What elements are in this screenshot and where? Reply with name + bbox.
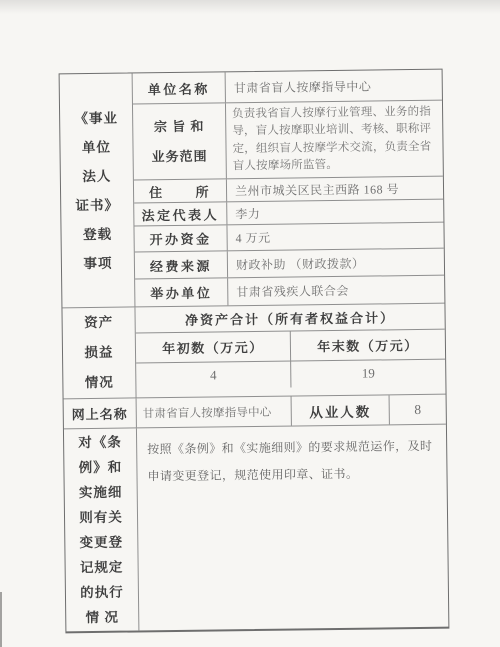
registration-form-table: 《事业 单位 法人 证书》 登载 事项 单位名称 甘肃省盲人按摩指导中心 宗 旨… — [59, 69, 450, 634]
side-label-line: 证书》 — [75, 190, 119, 220]
legal-representative-value: 李力 — [227, 200, 443, 225]
legal-representative-label: 法定代表人 — [134, 202, 227, 225]
side-label-line: 则有关 — [79, 505, 123, 531]
mission-value: 负责我省盲人按摩行业管理、业务的指导，盲人按摩职业培训、考核、职称评定，组织盲人… — [226, 101, 443, 179]
online-name-row: 网上名称 甘肃省盲人按摩指导中心 从业人数 8 — [64, 395, 446, 430]
funding-source-label: 经费来源 — [135, 251, 228, 278]
organizer-value: 甘肃省残疾人联合会 — [228, 276, 444, 306]
compliance-content: 按照《条例》和《实施细则》的要求规范运作，及时申请变更登记，规范使用印章、证书。 — [137, 425, 448, 631]
year-start-value: 4 — [136, 362, 291, 390]
year-end-header: 年末数（万元） — [291, 330, 445, 361]
net-asset-header: 净资产合计（所有者权益合计） — [135, 304, 444, 333]
side-label-line: 法人 — [82, 161, 111, 190]
scan-shade-artifact — [0, 0, 500, 14]
startup-capital-row: 开办资金 4 万元 — [134, 223, 443, 253]
side-label-line: 登载 — [83, 219, 112, 248]
mission-label: 宗 旨 和 业务范围 — [133, 103, 227, 179]
side-label-line: 实施细 — [79, 480, 123, 506]
side-label-line: 情 况 — [85, 605, 119, 630]
year-end-value: 19 — [291, 360, 445, 388]
staff-count-value: 8 — [390, 395, 446, 425]
staff-count-label: 从业人数 — [292, 395, 390, 425]
side-label-line: 资产 — [84, 308, 113, 338]
compliance-section: 对《条 例》和 实施细 则有关 变更登 记规定 的执行 情 况 按照《条例》和《… — [64, 425, 448, 632]
mission-label-line2: 业务范围 — [151, 141, 207, 172]
year-values-row: 4 19 — [136, 360, 445, 390]
certificate-side-label: 《事业 单位 法人 证书》 登载 事项 — [60, 73, 136, 307]
unit-name-value: 甘肃省盲人按摩指导中心 — [226, 70, 442, 103]
asset-side-label: 资产 损益 情况 — [62, 307, 136, 398]
funding-source-row: 经费来源 财政补助 （财政拨款） — [135, 249, 444, 280]
online-name-value: 甘肃省盲人按摩指导中心 — [137, 397, 292, 428]
startup-capital-label: 开办资金 — [134, 225, 227, 251]
organizer-label: 举办单位 — [135, 278, 228, 306]
side-label-line: 变更登 — [79, 530, 123, 556]
side-label-line: 事项 — [83, 248, 112, 277]
net-asset-header-row: 净资产合计（所有者权益合计） — [135, 304, 444, 334]
unit-name-label: 单位名称 — [133, 72, 226, 103]
side-label-line: 损益 — [84, 338, 113, 368]
year-start-header: 年初数（万元） — [136, 332, 291, 363]
startup-capital-value: 4 万元 — [227, 223, 443, 251]
side-label-line: 对《条 — [78, 430, 122, 456]
side-label-line: 情况 — [85, 368, 114, 398]
side-label-line: 的执行 — [80, 580, 124, 606]
side-label-line: 《事业 — [74, 103, 118, 133]
funding-source-value: 财政补助 （财政拨款） — [228, 249, 444, 278]
side-label-line: 例》和 — [79, 455, 123, 481]
asset-section: 资产 损益 情况 净资产合计（所有者权益合计） 年初数（万元） 年末数（万元） … — [62, 304, 445, 400]
certificate-items-section: 《事业 单位 法人 证书》 登载 事项 单位名称 甘肃省盲人按摩指导中心 宗 旨… — [60, 70, 445, 309]
registration-form: 《事业 单位 法人 证书》 登载 事项 单位名称 甘肃省盲人按摩指导中心 宗 旨… — [59, 69, 450, 634]
address-label: 住 所 — [134, 179, 227, 202]
compliance-side-label: 对《条 例》和 实施细 则有关 变更登 记规定 的执行 情 况 — [64, 428, 139, 631]
scanned-document-page: 《事业 单位 法人 证书》 登载 事项 单位名称 甘肃省盲人按摩指导中心 宗 旨… — [0, 0, 500, 647]
asset-rows: 净资产合计（所有者权益合计） 年初数（万元） 年末数（万元） 4 19 — [135, 304, 445, 398]
online-name-label: 网上名称 — [64, 398, 137, 428]
unit-name-row: 单位名称 甘肃省盲人按摩指导中心 — [133, 70, 442, 105]
side-label-line: 记规定 — [80, 555, 124, 581]
certificate-rows: 单位名称 甘肃省盲人按摩指导中心 宗 旨 和 业务范围 负责我省盲人按摩行业管理… — [133, 70, 445, 307]
mission-row: 宗 旨 和 业务范围 负责我省盲人按摩行业管理、业务的指导，盲人按摩职业培训、考… — [133, 101, 443, 181]
mission-label-line1: 宗 旨 和 — [154, 111, 205, 142]
address-value: 兰州市城关区民主西路 168 号 — [227, 177, 443, 202]
year-columns-header-row: 年初数（万元） 年末数（万元） — [136, 330, 445, 364]
organizer-row: 举办单位 甘肃省残疾人联合会 — [135, 276, 444, 307]
scan-edge-artifact — [0, 592, 2, 647]
side-label-line: 单位 — [82, 132, 111, 161]
